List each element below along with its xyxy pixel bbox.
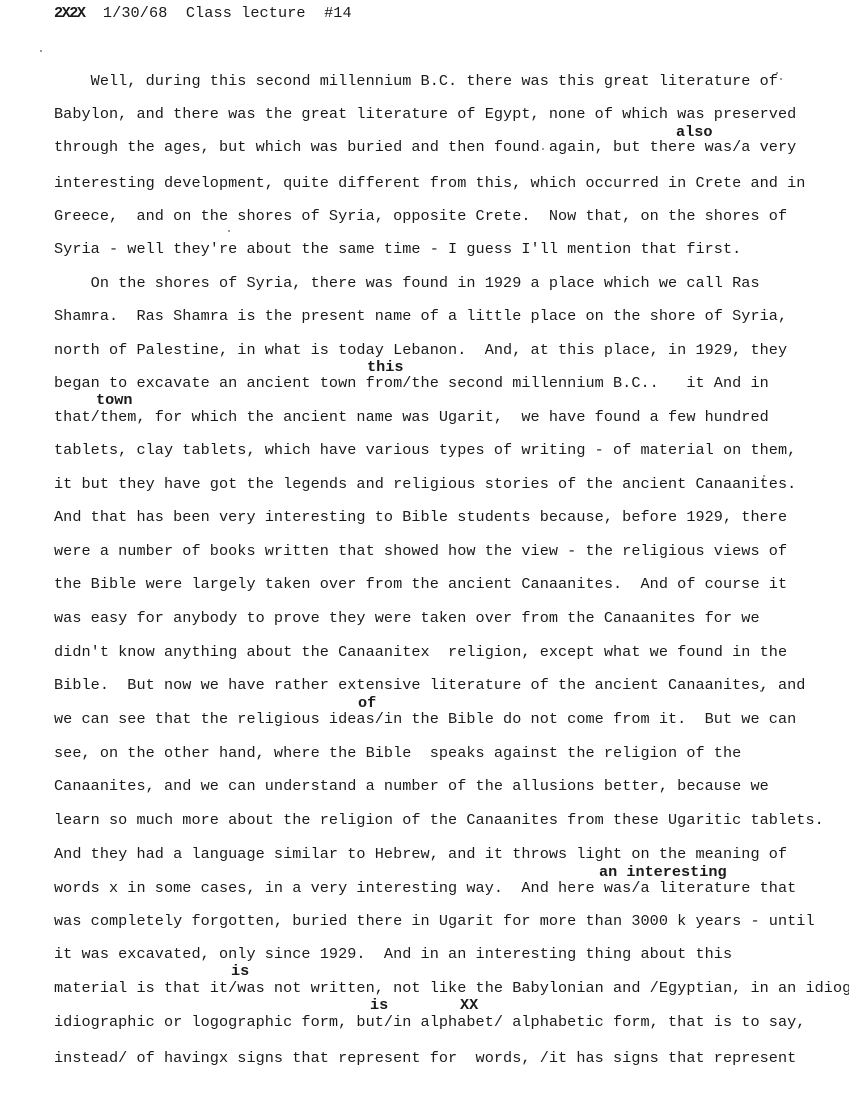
text-line: began to excavate an ancient town from/t… <box>54 374 769 392</box>
text-line: And that has been very interesting to Bi… <box>54 508 787 526</box>
lecture-number: #14 <box>324 4 352 22</box>
text-line: learn so much more about the religion of… <box>54 811 824 829</box>
interlinear-insertion: is <box>370 997 388 1013</box>
text-line: that/them, for which the ancient name wa… <box>54 408 769 426</box>
text-line: interesting development, quite different… <box>54 174 805 192</box>
text-line: Bible. But now we have rather extensive … <box>54 676 805 694</box>
text-line: was completely forgotten, buried there i… <box>54 912 815 930</box>
text-line: didn't know anything about the Canaanite… <box>54 643 787 661</box>
text-line: On the shores of Syria, there was found … <box>54 274 760 292</box>
interlinear-insertion: this <box>367 359 403 375</box>
typewritten-page: 2X2X 1/30/68 Class lecture #14 Well, dur… <box>0 0 849 1106</box>
text-line: Well, during this second millennium B.C.… <box>54 72 778 90</box>
interlinear-insertion: also <box>676 124 712 140</box>
text-line: were a number of books written that show… <box>54 542 787 560</box>
interlinear-insertion: of <box>358 695 376 711</box>
text-line: words x in some cases, in a very interes… <box>54 879 796 897</box>
page-header: 2X2X 1/30/68 Class lecture #14 <box>54 4 352 22</box>
text-line: the Bible were largely taken over from t… <box>54 575 787 593</box>
text-line: instead/ of havingx signs that represent… <box>54 1049 796 1067</box>
text-line: tablets, clay tablets, which have variou… <box>54 441 796 459</box>
text-line: Shamra. Ras Shamra is the present name o… <box>54 307 787 325</box>
text-line: And they had a language similar to Hebre… <box>54 845 787 863</box>
interlinear-insertion: town <box>96 392 132 408</box>
text-line: north of Palestine, in what is today Leb… <box>54 341 787 359</box>
lecture-date: 1/30/68 <box>103 4 168 22</box>
interlinear-insertion: is <box>231 963 249 979</box>
text-line: it but they have got the legends and rel… <box>54 475 796 493</box>
struck-page-number: 2X2X <box>54 4 84 22</box>
text-line: see, on the other hand, where the Bible … <box>54 744 741 762</box>
interlinear-insertion: an interesting <box>599 864 727 880</box>
text-line: Syria - well they're about the same time… <box>54 240 741 258</box>
text-line: material is that it/was not written, not… <box>54 979 849 997</box>
text-line: it was excavated, only since 1929. And i… <box>54 945 732 963</box>
text-line: Babylon, and there was the great literat… <box>54 105 796 123</box>
interlinear-insertion: XX <box>460 997 478 1013</box>
lecture-title: Class lecture <box>186 4 306 22</box>
text-line: idiographic or logographic form, but/in … <box>54 1013 805 1031</box>
text-line: Greece, and on the shores of Syria, oppo… <box>54 207 787 225</box>
text-line: Canaanites, and we can understand a numb… <box>54 777 769 795</box>
text-line: we can see that the religious ideas/in t… <box>54 710 796 728</box>
text-line: was easy for anybody to prove they were … <box>54 609 760 627</box>
